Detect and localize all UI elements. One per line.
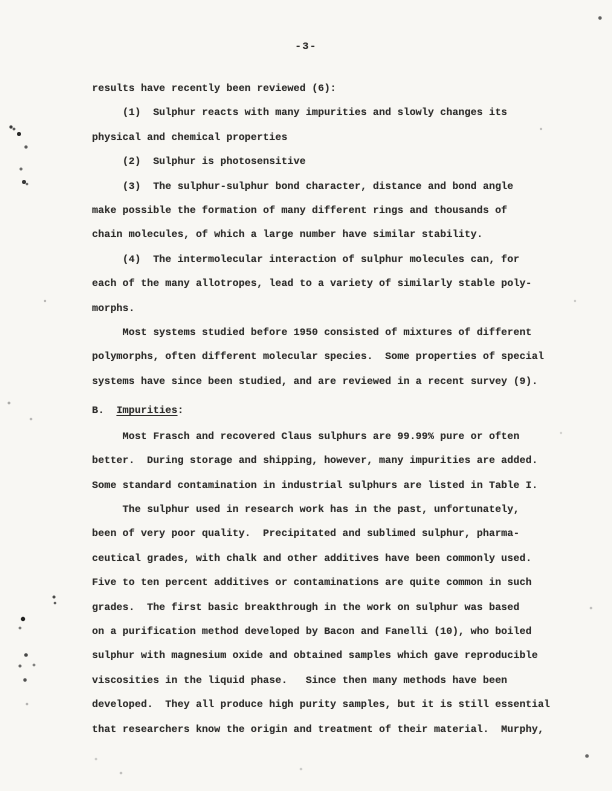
text-segment: better. During storage and shipping, how… [92,456,538,467]
text-segment: (3) The sulphur-sulphur bond character, … [92,182,513,193]
text-line: (4) The intermolecular interaction of su… [92,249,562,273]
text-segment: results have recently been reviewed (6): [92,84,336,95]
text-segment: Most systems studied before 1950 consist… [92,328,532,339]
text-line: been of very poor quality. Precipitated … [92,523,562,547]
text-segment: B. [92,406,116,417]
text-segment: been of very poor quality. Precipitated … [92,529,520,540]
text-segment: morphs. [92,304,135,315]
text-line: (1) Sulphur reacts with many impurities … [92,102,562,126]
text-line: B. Impurities: [92,400,562,424]
text-line: developed. They all produce high purity … [92,694,562,718]
text-line: (2) Sulphur is photosensitive [92,151,562,175]
scan-noise-specks [0,0,2,2]
text-segment: : [178,406,184,417]
text-line: chain molecules, of which a large number… [92,224,562,248]
text-segment: The sulphur used in research work has in… [92,505,520,516]
text-line: on a purification method developed by Ba… [92,621,562,645]
text-segment: Some standard contamination in industria… [92,481,538,492]
text-segment: (2) Sulphur is photosensitive [92,157,306,168]
text-line: Five to ten percent additives or contami… [92,572,562,596]
text-segment: chain molecules, of which a large number… [92,230,483,241]
text-segment: that researchers know the origin and tre… [92,725,544,736]
text-line: ceutical grades, with chalk and other ad… [92,548,562,572]
text-segment: physical and chemical properties [92,133,287,144]
text-line: Most systems studied before 1950 consist… [92,322,562,346]
text-segment: Five to ten percent additives or contami… [92,578,532,589]
text-line: better. During storage and shipping, how… [92,450,562,474]
text-segment: grades. The first basic breakthrough in … [92,603,520,614]
text-line: Most Frasch and recovered Claus sulphurs… [92,426,562,450]
text-line: The sulphur used in research work has in… [92,499,562,523]
text-segment: (4) The intermolecular interaction of su… [92,255,520,266]
text-line: Some standard contamination in industria… [92,475,562,499]
text-line: (3) The sulphur-sulphur bond character, … [92,176,562,200]
text-line: results have recently been reviewed (6): [92,78,562,102]
text-segment: sulphur with magnesium oxide and obtaine… [92,651,538,662]
text-segment: on a purification method developed by Ba… [92,627,532,638]
text-line: systems have since been studied, and are… [92,371,562,395]
underlined-text: Impurities [116,406,177,417]
text-segment: developed. They all produce high purity … [92,700,550,711]
text-segment: systems have since been studied, and are… [92,377,538,388]
text-segment: (1) Sulphur reacts with many impurities … [92,108,507,119]
text-line: grades. The first basic breakthrough in … [92,597,562,621]
text-segment: polymorphs, often different molecular sp… [92,352,544,363]
text-segment: Most Frasch and recovered Claus sulphurs… [92,432,520,443]
text-segment: make possible the formation of many diff… [92,206,507,217]
text-line: each of the many allotropes, lead to a v… [92,273,562,297]
text-line: that researchers know the origin and tre… [92,719,562,743]
page-body: results have recently been reviewed (6):… [92,78,562,743]
page-number: -3- [0,40,612,54]
text-line: make possible the formation of many diff… [92,200,562,224]
text-segment: each of the many allotropes, lead to a v… [92,279,532,290]
text-line: physical and chemical properties [92,127,562,151]
text-line: viscosities in the liquid phase. Since t… [92,670,562,694]
document-page: -3- results have recently been reviewed … [0,0,612,791]
text-line: morphs. [92,298,562,322]
text-line: sulphur with magnesium oxide and obtaine… [92,645,562,669]
text-segment: viscosities in the liquid phase. Since t… [92,676,507,687]
text-segment: ceutical grades, with chalk and other ad… [92,554,532,565]
text-line: polymorphs, often different molecular sp… [92,346,562,370]
